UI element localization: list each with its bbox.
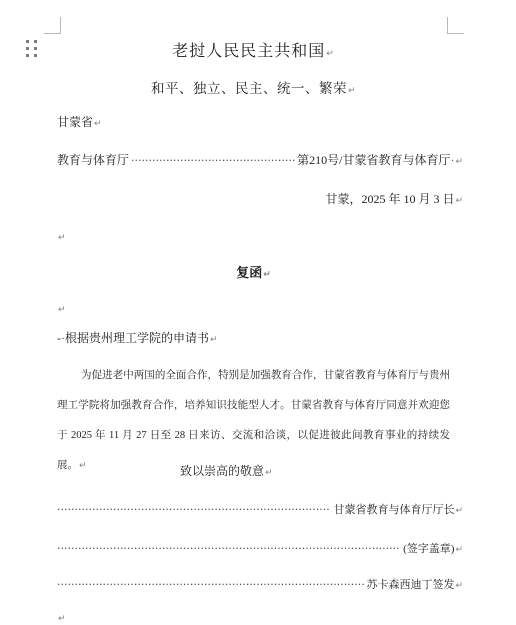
paragraph-mark-icon: ↵ <box>455 157 463 167</box>
paragraph-mark-icon: ↵ <box>58 233 66 243</box>
signature-title-line: ········································… <box>57 501 450 517</box>
space-leader-dots: ········································… <box>57 503 331 516</box>
body-text: 为促进老中两国的全面合作，特别是加强教育合作，甘蒙省教育与体育厅与贵州理工学院将… <box>57 370 450 471</box>
document-page: 老挝人民民主共和国↵ 和平、独立、民主、统一、繁荣↵ 甘蒙省↵ 教育与体育厅 ·… <box>0 0 516 625</box>
dateline-text: 甘蒙，2025 年 10 月 3 日 <box>325 192 454 206</box>
reference-text: 根据贵州理工学院的申请书 <box>65 331 209 345</box>
empty-paragraph: ↵ <box>57 610 450 625</box>
document-motto: 和平、独立、民主、统一、繁荣↵ <box>57 77 450 97</box>
signature-seal-text: (签字盖章) <box>403 540 454 556</box>
empty-paragraph: ↵ <box>57 301 450 316</box>
dateline: 甘蒙，2025 年 10 月 3 日↵ <box>57 190 450 207</box>
signature-issuer-line: ········································… <box>57 576 450 592</box>
paragraph-mark-icon: ↵ <box>58 614 66 624</box>
paragraph-mark-icon: ↵ <box>265 468 273 478</box>
paragraph-mark-icon: ↵ <box>455 545 463 555</box>
paragraph-mark-icon: ↵ <box>455 196 463 206</box>
paragraph-mark-icon: ↵ <box>455 581 463 591</box>
subject-heading: 复函↵ <box>57 262 450 281</box>
handle-dot <box>26 40 29 43</box>
signature-title-text: 甘蒙省教育与体育厅厅长 <box>333 501 454 517</box>
letterhead-province: 甘蒙省↵ <box>57 113 450 130</box>
space-leader-dots: ········································… <box>57 542 401 555</box>
handle-dot <box>26 47 29 50</box>
margin-crop-mark-left <box>44 17 61 34</box>
handle-dot <box>34 54 37 57</box>
paragraph-mark-icon: ↵ <box>326 49 335 59</box>
space-leader-dots: ········································… <box>57 578 364 591</box>
title-text: 老挝人民民主共和国 <box>172 43 325 60</box>
motto-text: 和平、独立、民主、统一、繁荣 <box>151 81 347 96</box>
signature-issuer-text: 苏卡森西迪丁签发 <box>366 576 454 592</box>
margin-crop-mark-right <box>447 17 464 34</box>
closing-text: 致以崇高的敬意 <box>180 464 264 478</box>
closing-line: 致以崇高的敬意↵ <box>57 462 516 479</box>
empty-paragraph: ↵ <box>57 229 450 244</box>
space-leader-dots: ········································… <box>131 154 295 167</box>
signature-seal-line: ········································… <box>57 540 450 556</box>
reference-line: -·根据贵州理工学院的申请书↵ <box>57 329 450 346</box>
paragraph-mark-icon: ↵ <box>58 305 66 315</box>
paragraph-mark-icon: ↵ <box>210 335 218 345</box>
subject-text: 复函 <box>236 265 262 280</box>
handle-dot <box>34 47 37 50</box>
letterhead-department-line: 教育与体育厅 ·································… <box>57 151 450 168</box>
paragraph-mark-icon: ↵ <box>94 119 102 129</box>
department-text: 教育与体育厅 <box>57 151 129 168</box>
space-mark: · <box>450 153 454 168</box>
handle-dot <box>34 40 37 43</box>
handle-dot <box>26 54 29 57</box>
paragraph-mark-icon: ↵ <box>348 86 356 96</box>
paragraph-mark-icon: ↵ <box>263 270 271 280</box>
paragraph-mark-icon: ↵ <box>455 506 463 516</box>
document-title: 老挝人民民主共和国↵ <box>57 38 450 61</box>
reference-number-text: 第210号/甘蒙省教育与体育厅 <box>297 151 450 168</box>
drag-handle-icon[interactable] <box>26 40 37 57</box>
province-text: 甘蒙省 <box>57 115 93 129</box>
